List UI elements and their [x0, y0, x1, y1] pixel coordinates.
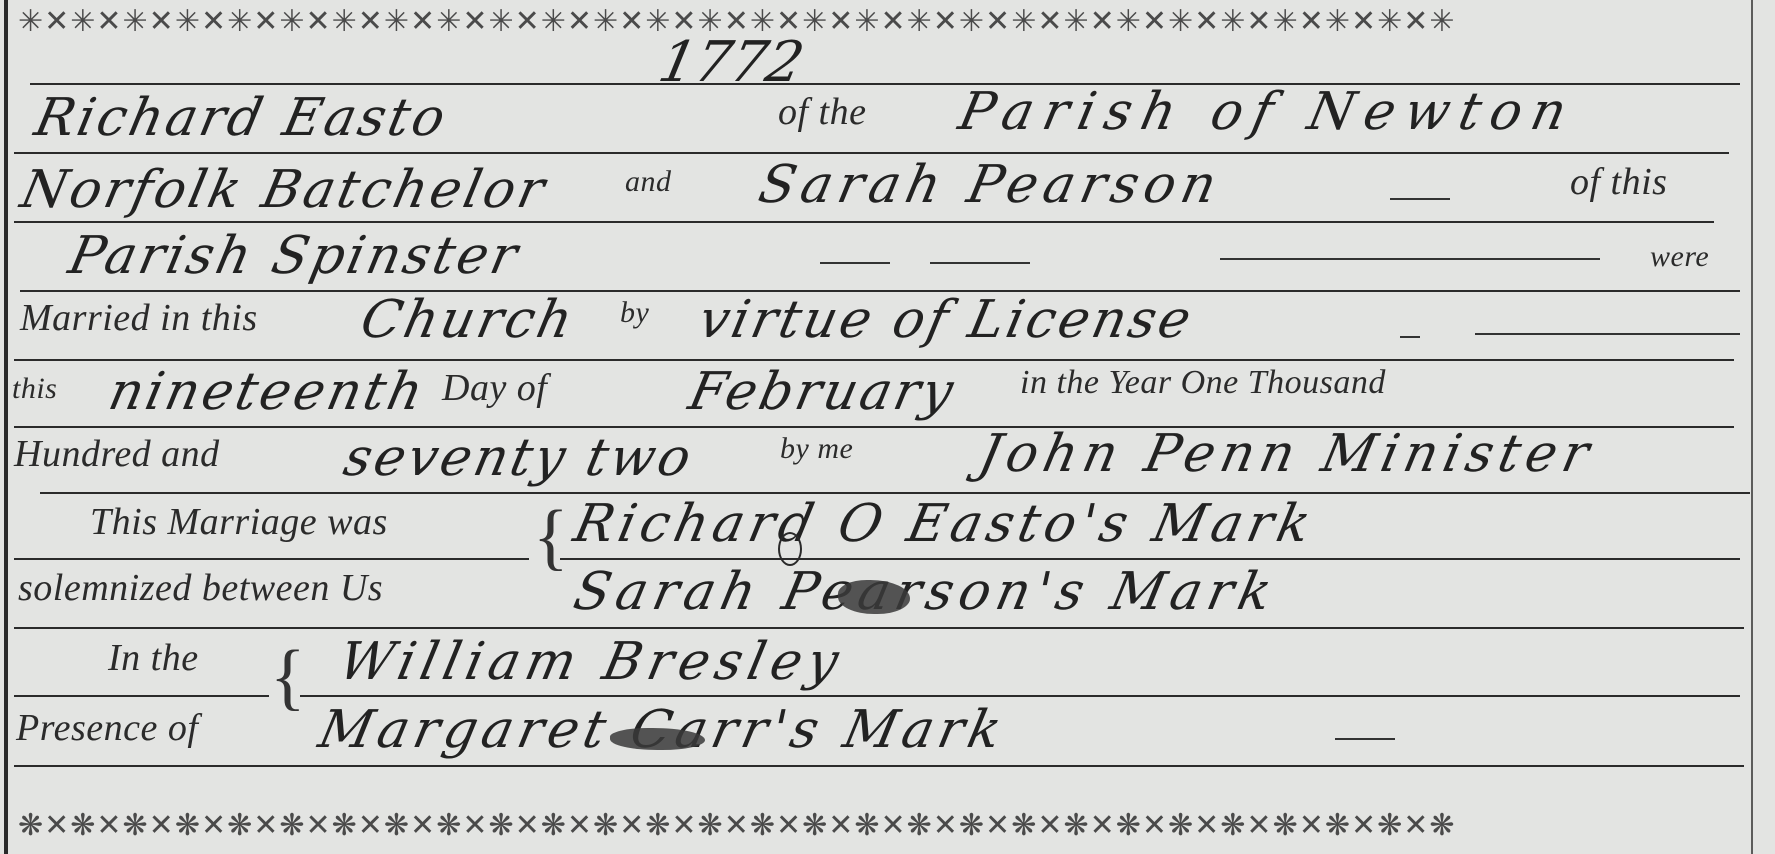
printed-of-this: of this: [1570, 160, 1667, 204]
printed-this-marriage-was: This Marriage was: [90, 500, 388, 544]
bride-mark-blot: [838, 580, 910, 614]
printed-and: and: [625, 165, 672, 199]
printed-hundred-and: Hundred and: [14, 432, 220, 476]
ruled-line-3: [14, 221, 1714, 223]
marriage-month: February: [684, 362, 962, 422]
ruled-line-5: [14, 359, 1734, 361]
printed-in-the: In the: [108, 636, 199, 680]
ruled-line-2: [14, 152, 1729, 154]
fill-dash: [1475, 333, 1740, 335]
printed-solemnized-between-us: solemnized between Us: [18, 566, 383, 610]
groom-county-status: Norfolk Batchelor: [16, 160, 553, 220]
marriage-authority: virtue of License: [694, 290, 1199, 350]
fill-dash: [820, 262, 890, 264]
printed-were: were: [1650, 240, 1709, 274]
ruled-line-9: [14, 627, 1744, 629]
top-ornamental-border: ✳✕✳✕✳✕✳✕✳✕✳✕✳✕✳✕✳✕✳✕✳✕✳✕✳✕✳✕✳✕✳✕✳✕✳✕✳✕✳✕…: [18, 2, 1738, 42]
ruled-line-10a: [14, 695, 269, 697]
fill-dash: [1400, 336, 1420, 338]
marriage-day: nineteenth: [104, 362, 431, 422]
printed-year-one-thousand: in the Year One Thousand: [1020, 364, 1386, 402]
right-margin-rule: [1751, 0, 1753, 854]
printed-day-of: Day of: [442, 366, 547, 410]
ruled-line-10b: [300, 695, 1740, 697]
bride-parish-status: Parish Spinster: [64, 226, 526, 286]
fill-dash: [1335, 738, 1395, 740]
officiant-signature: John Penn Minister: [974, 424, 1601, 484]
printed-by: by: [620, 296, 649, 330]
fill-dash: [930, 262, 1030, 264]
brace-solemnized: {: [533, 500, 569, 574]
groom-name: Richard Easto: [30, 88, 454, 148]
fill-dash: [1220, 258, 1600, 260]
printed-married-in-this: Married in this: [20, 296, 258, 340]
printed-this: this: [12, 372, 57, 406]
ruled-line-8b: [560, 558, 1740, 560]
bride-mark-signature: Sarah Pearson's Mark: [569, 562, 1283, 622]
groom-mark-symbol: [778, 532, 802, 566]
marriage-place: Church: [356, 290, 581, 350]
witness-2-mark-blot: [610, 728, 705, 750]
bride-name: Sarah Pearson: [754, 155, 1228, 215]
ruled-line-8a: [14, 558, 529, 560]
printed-by-me: by me: [780, 432, 853, 466]
ruled-line-11: [14, 765, 1744, 767]
fill-dash: [1390, 198, 1450, 200]
groom-parish: Parish of Newton: [954, 82, 1582, 142]
witness-1-signature: William Bresley: [334, 632, 850, 692]
printed-of-the: of the: [778, 90, 866, 134]
printed-presence-of: Presence of: [16, 706, 198, 750]
bottom-ornamental-border: ❋✕❋✕❋✕❋✕❋✕❋✕❋✕❋✕❋✕❋✕❋✕❋✕❋✕❋✕❋✕❋✕❋✕❋✕❋✕❋✕…: [18, 806, 1738, 846]
left-margin-rule: [4, 0, 8, 854]
groom-mark-signature: Richard O Easto's Mark: [569, 494, 1321, 554]
year-annotation: 1772: [653, 30, 809, 95]
marriage-year-words: seventy two: [339, 428, 699, 488]
brace-witnesses: {: [270, 640, 306, 714]
register-page: ✳✕✳✕✳✕✳✕✳✕✳✕✳✕✳✕✳✕✳✕✳✕✳✕✳✕✳✕✳✕✳✕✳✕✳✕✳✕✳✕…: [0, 0, 1775, 854]
